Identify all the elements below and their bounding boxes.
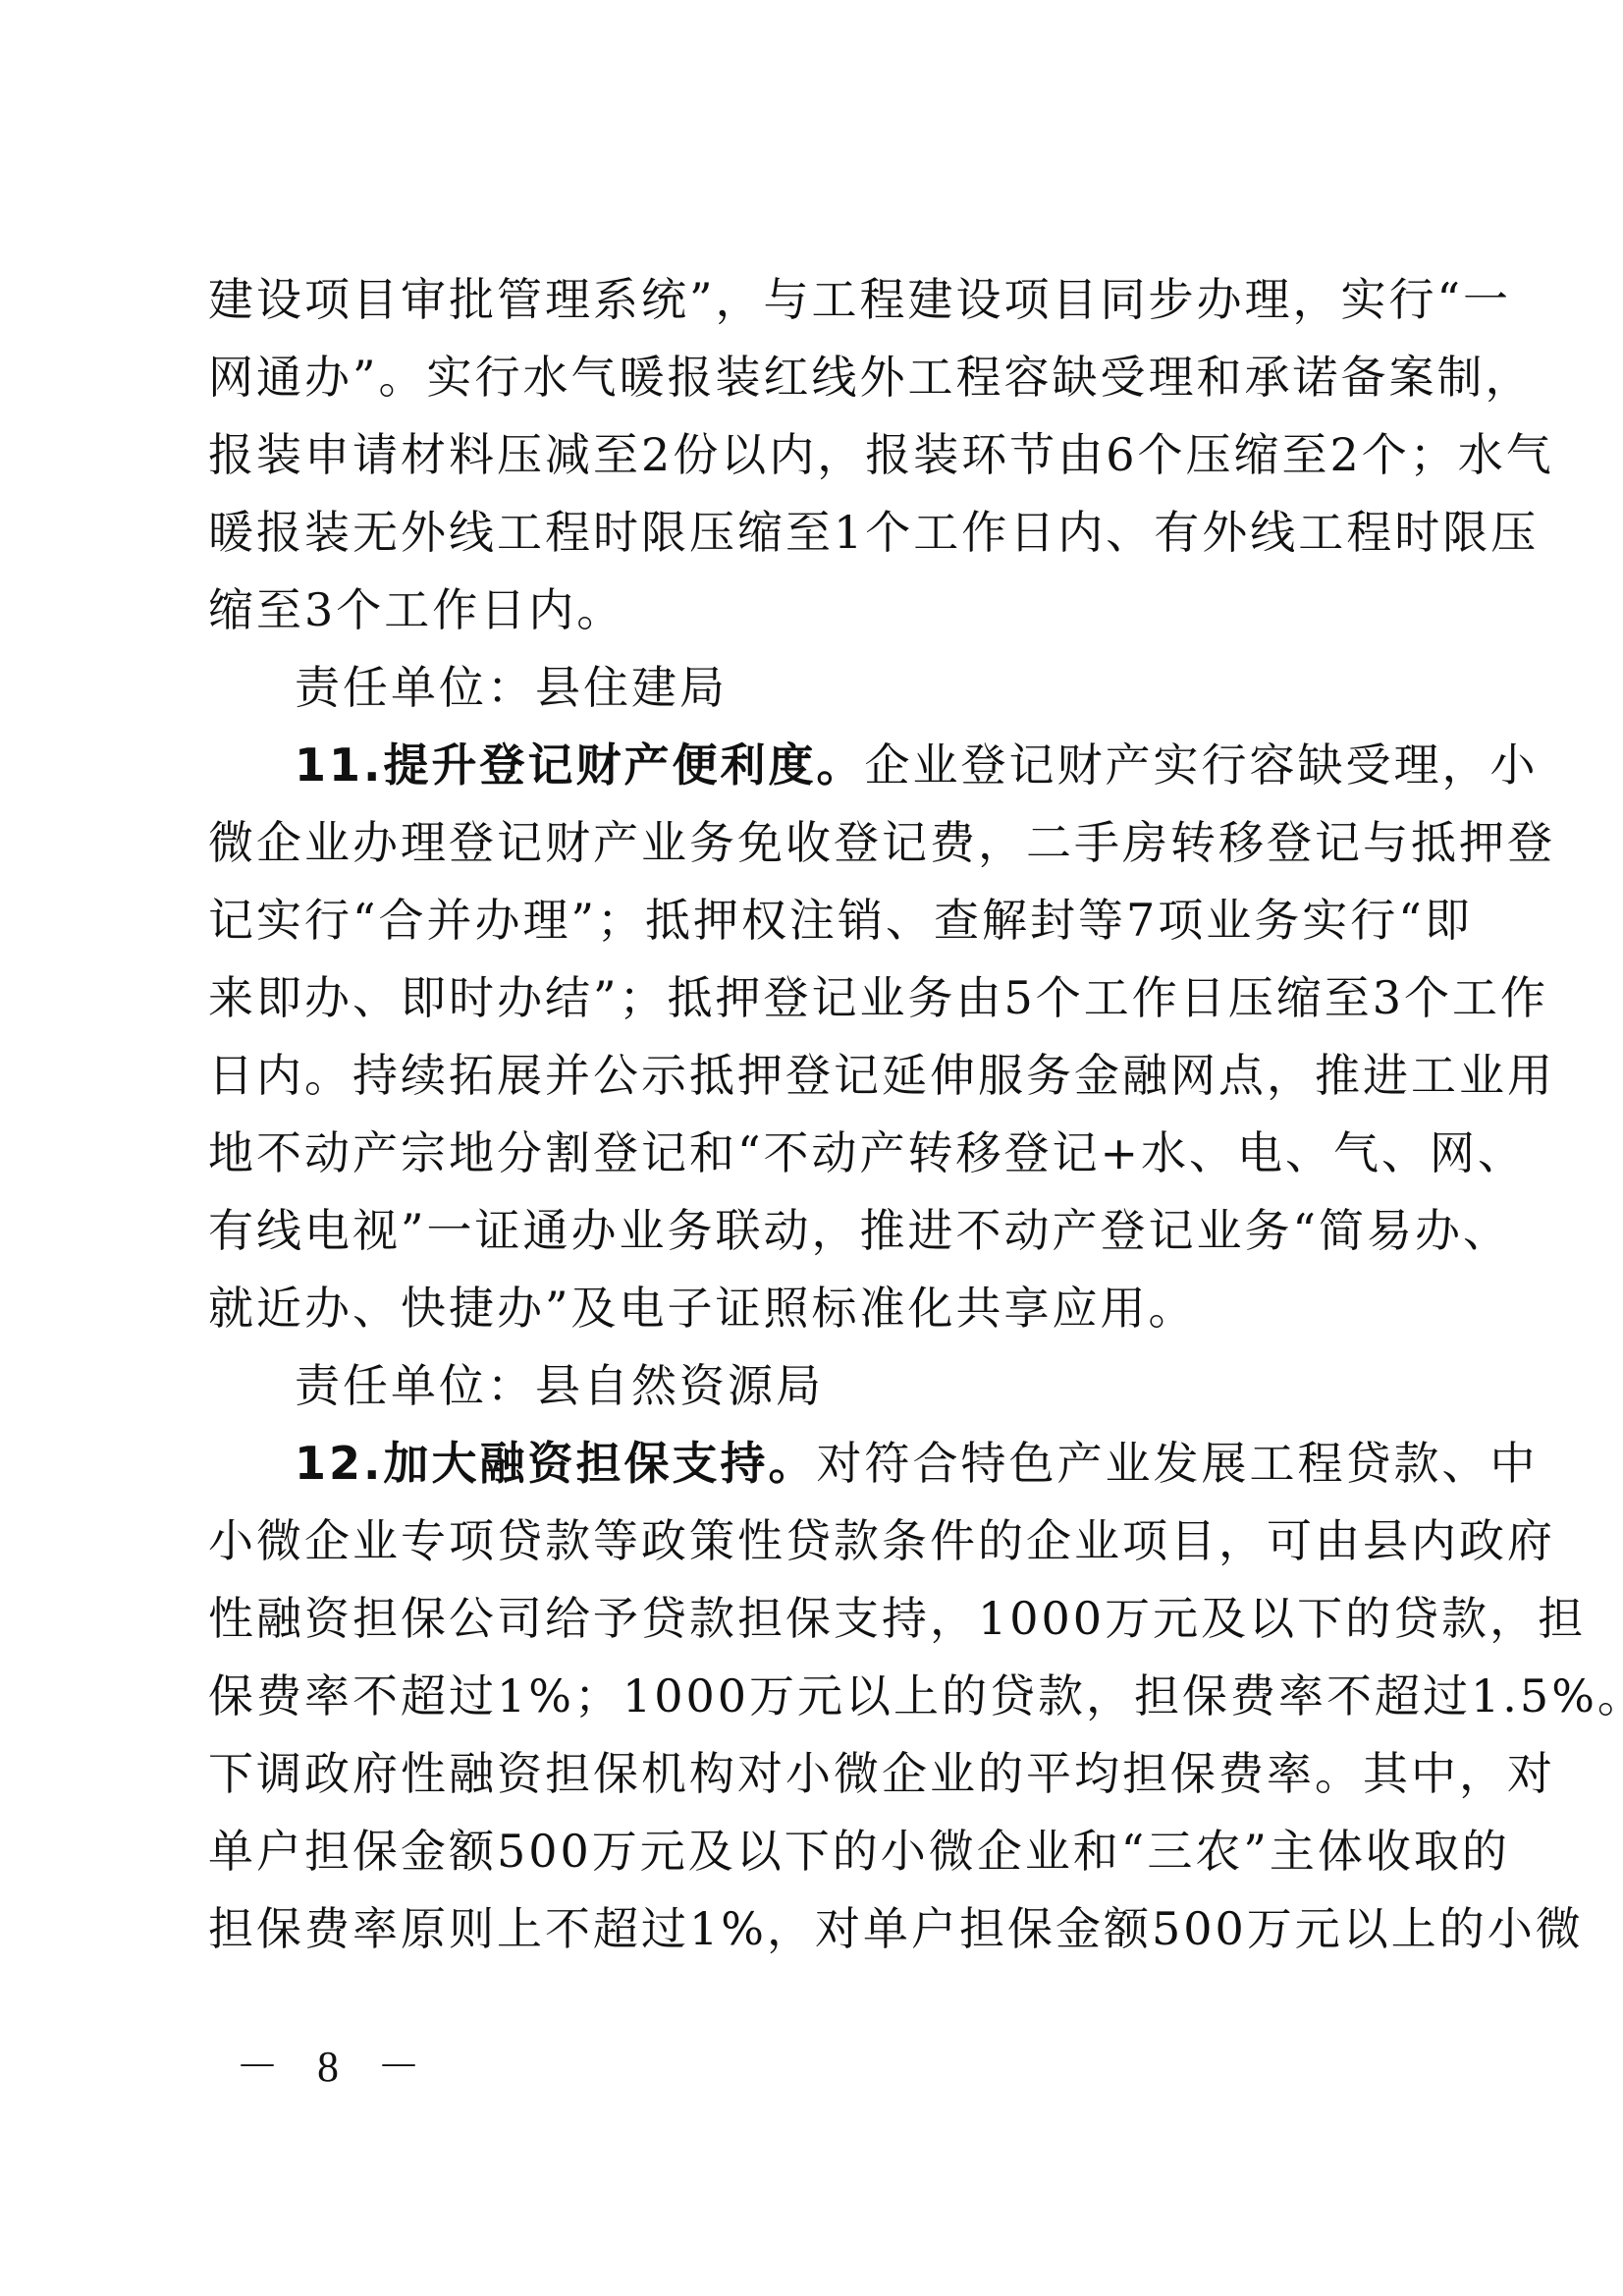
responsibility-unit-natural-resources: 责任单位：县自然资源局: [295, 1351, 1416, 1420]
paragraph-line: 建设项目审批管理系统”，与工程建设项目同步办理，实行“一: [208, 265, 1416, 334]
item-12-first-line: 12.加大融资担保支持。对符合特色产业发展工程贷款、中: [295, 1429, 1416, 1498]
item-11-title: 11.提升登记财产便利度。: [295, 738, 865, 792]
item-11-text: 企业登记财产实行容缺受理，小: [865, 738, 1539, 792]
paragraph-line: 报装申请材料压减至2份以内，报装环节由6个压缩至2个；水气: [208, 420, 1416, 489]
paragraph-line: 来即办、即时办结”；抵押登记业务由5个工作日压缩至3个工作: [208, 963, 1416, 1032]
paragraph-line: 性融资担保公司给予贷款担保支持，1000万元及以下的贷款，担: [208, 1584, 1416, 1653]
paragraph-line: 记实行“合并办理”；抵押权注销、查解封等7项业务实行“即: [208, 886, 1416, 955]
page-number: － 8 －: [236, 2031, 434, 2094]
paragraph-line: 单户担保金额500万元及以下的小微企业和“三农”主体收取的: [208, 1817, 1416, 1886]
paragraph-line: 有线电视”一证通办业务联动，推进不动产登记业务“简易办、: [208, 1196, 1416, 1265]
paragraph-line: 网通办”。实行水气暖报装红线外工程容缺受理和承诺备案制，: [208, 343, 1416, 411]
paragraph-line: 保费率不超过1%；1000万元以上的贷款，担保费率不超过1.5%。: [208, 1662, 1416, 1730]
paragraph-line: 暖报装无外线工程时限压缩至1个工作日内、有外线工程时限压: [208, 498, 1416, 567]
paragraph-line: 地不动产宗地分割登记和“不动产转移登记+水、电、气、网、: [208, 1119, 1416, 1187]
paragraph-line: 缩至3个工作日内。: [208, 575, 1416, 644]
responsibility-unit-housing: 责任单位：县住建局: [295, 653, 1416, 722]
paragraph-line: 微企业办理登记财产业务免收登记费，二手房转移登记与抵押登: [208, 808, 1416, 877]
paragraph-line: 日内。持续拓展并公示抵押登记延伸服务金融网点，推进工业用: [208, 1041, 1416, 1110]
item-11-first-line: 11.提升登记财产便利度。企业登记财产实行容缺受理，小: [295, 731, 1416, 799]
paragraph-line: 就近办、快捷办”及电子证照标准化共享应用。: [208, 1274, 1416, 1342]
paragraph-line: 担保费率原则上不超过1%，对单户担保金额500万元以上的小微: [208, 1894, 1416, 1963]
paragraph-line: 下调政府性融资担保机构对小微企业的平均担保费率。其中，对: [208, 1739, 1416, 1808]
item-12-text: 对符合特色产业发展工程贷款、中: [817, 1437, 1539, 1490]
document-page: 建设项目审批管理系统”，与工程建设项目同步办理，实行“一 网通办”。实行水气暖报…: [0, 0, 1623, 2296]
item-12-title: 12.加大融资担保支持。: [295, 1437, 817, 1490]
paragraph-line: 小微企业专项贷款等政策性贷款条件的企业项目，可由县内政府: [208, 1506, 1416, 1575]
